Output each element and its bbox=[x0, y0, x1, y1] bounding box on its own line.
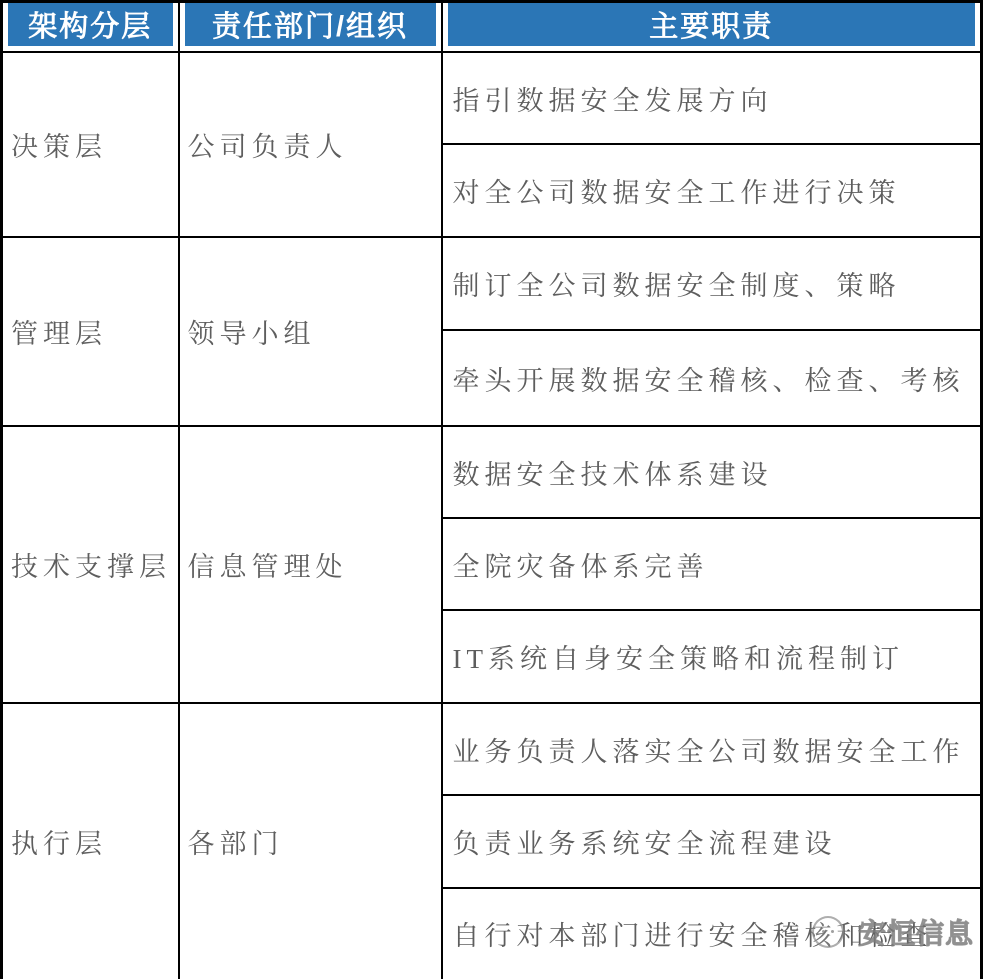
header-label: 主要职责 bbox=[649, 4, 773, 45]
layer-cell: 管理层 bbox=[2, 237, 179, 426]
header-label: 责任部门/组织 bbox=[212, 4, 408, 45]
duty-cell: 牵头开展数据安全稽核、检查、考核 bbox=[442, 330, 982, 426]
duty-cell: 数据安全技术体系建设 bbox=[442, 426, 982, 518]
duty-cell: 负责业务系统安全流程建设 bbox=[442, 795, 982, 888]
department-cell: 公司负责人 bbox=[179, 52, 442, 237]
header-cell-architecture-layer: 架构分层 bbox=[2, 2, 179, 53]
duty-cell: IT系统自身安全策略和流程制订 bbox=[442, 610, 982, 703]
duty-cell: 业务负责人落实全公司数据安全工作 bbox=[442, 703, 982, 795]
table-header: 架构分层 责任部门/组织 主要职责 bbox=[2, 2, 982, 53]
layer-cell: 技术支撑层 bbox=[2, 426, 179, 703]
duty-cell: 指引数据安全发展方向 bbox=[442, 52, 982, 144]
layer-cell: 决策层 bbox=[2, 52, 179, 237]
layer-cell: 执行层 bbox=[2, 703, 179, 979]
header-cell-main-duties: 主要职责 bbox=[442, 2, 982, 53]
duty-cell: 制订全公司数据安全制度、策略 bbox=[442, 237, 982, 330]
duty-cell: 对全公司数据安全工作进行决策 bbox=[442, 144, 982, 237]
header-cell-responsible-department: 责任部门/组织 bbox=[179, 2, 442, 53]
data-security-org-table-image: 架构分层 责任部门/组织 主要职责 决策层 公司负责人 指引数据安全发展方向 对… bbox=[0, 0, 984, 979]
department-cell: 各部门 bbox=[179, 703, 442, 979]
department-cell: 信息管理处 bbox=[179, 426, 442, 703]
header-label: 架构分层 bbox=[28, 4, 152, 45]
responsibility-table: 架构分层 责任部门/组织 主要职责 决策层 公司负责人 指引数据安全发展方向 对… bbox=[0, 0, 983, 979]
department-cell: 领导小组 bbox=[179, 237, 442, 426]
duty-cell: 自行对本部门进行安全稽核和检查 bbox=[442, 888, 982, 979]
duty-cell: 全院灾备体系完善 bbox=[442, 518, 982, 610]
